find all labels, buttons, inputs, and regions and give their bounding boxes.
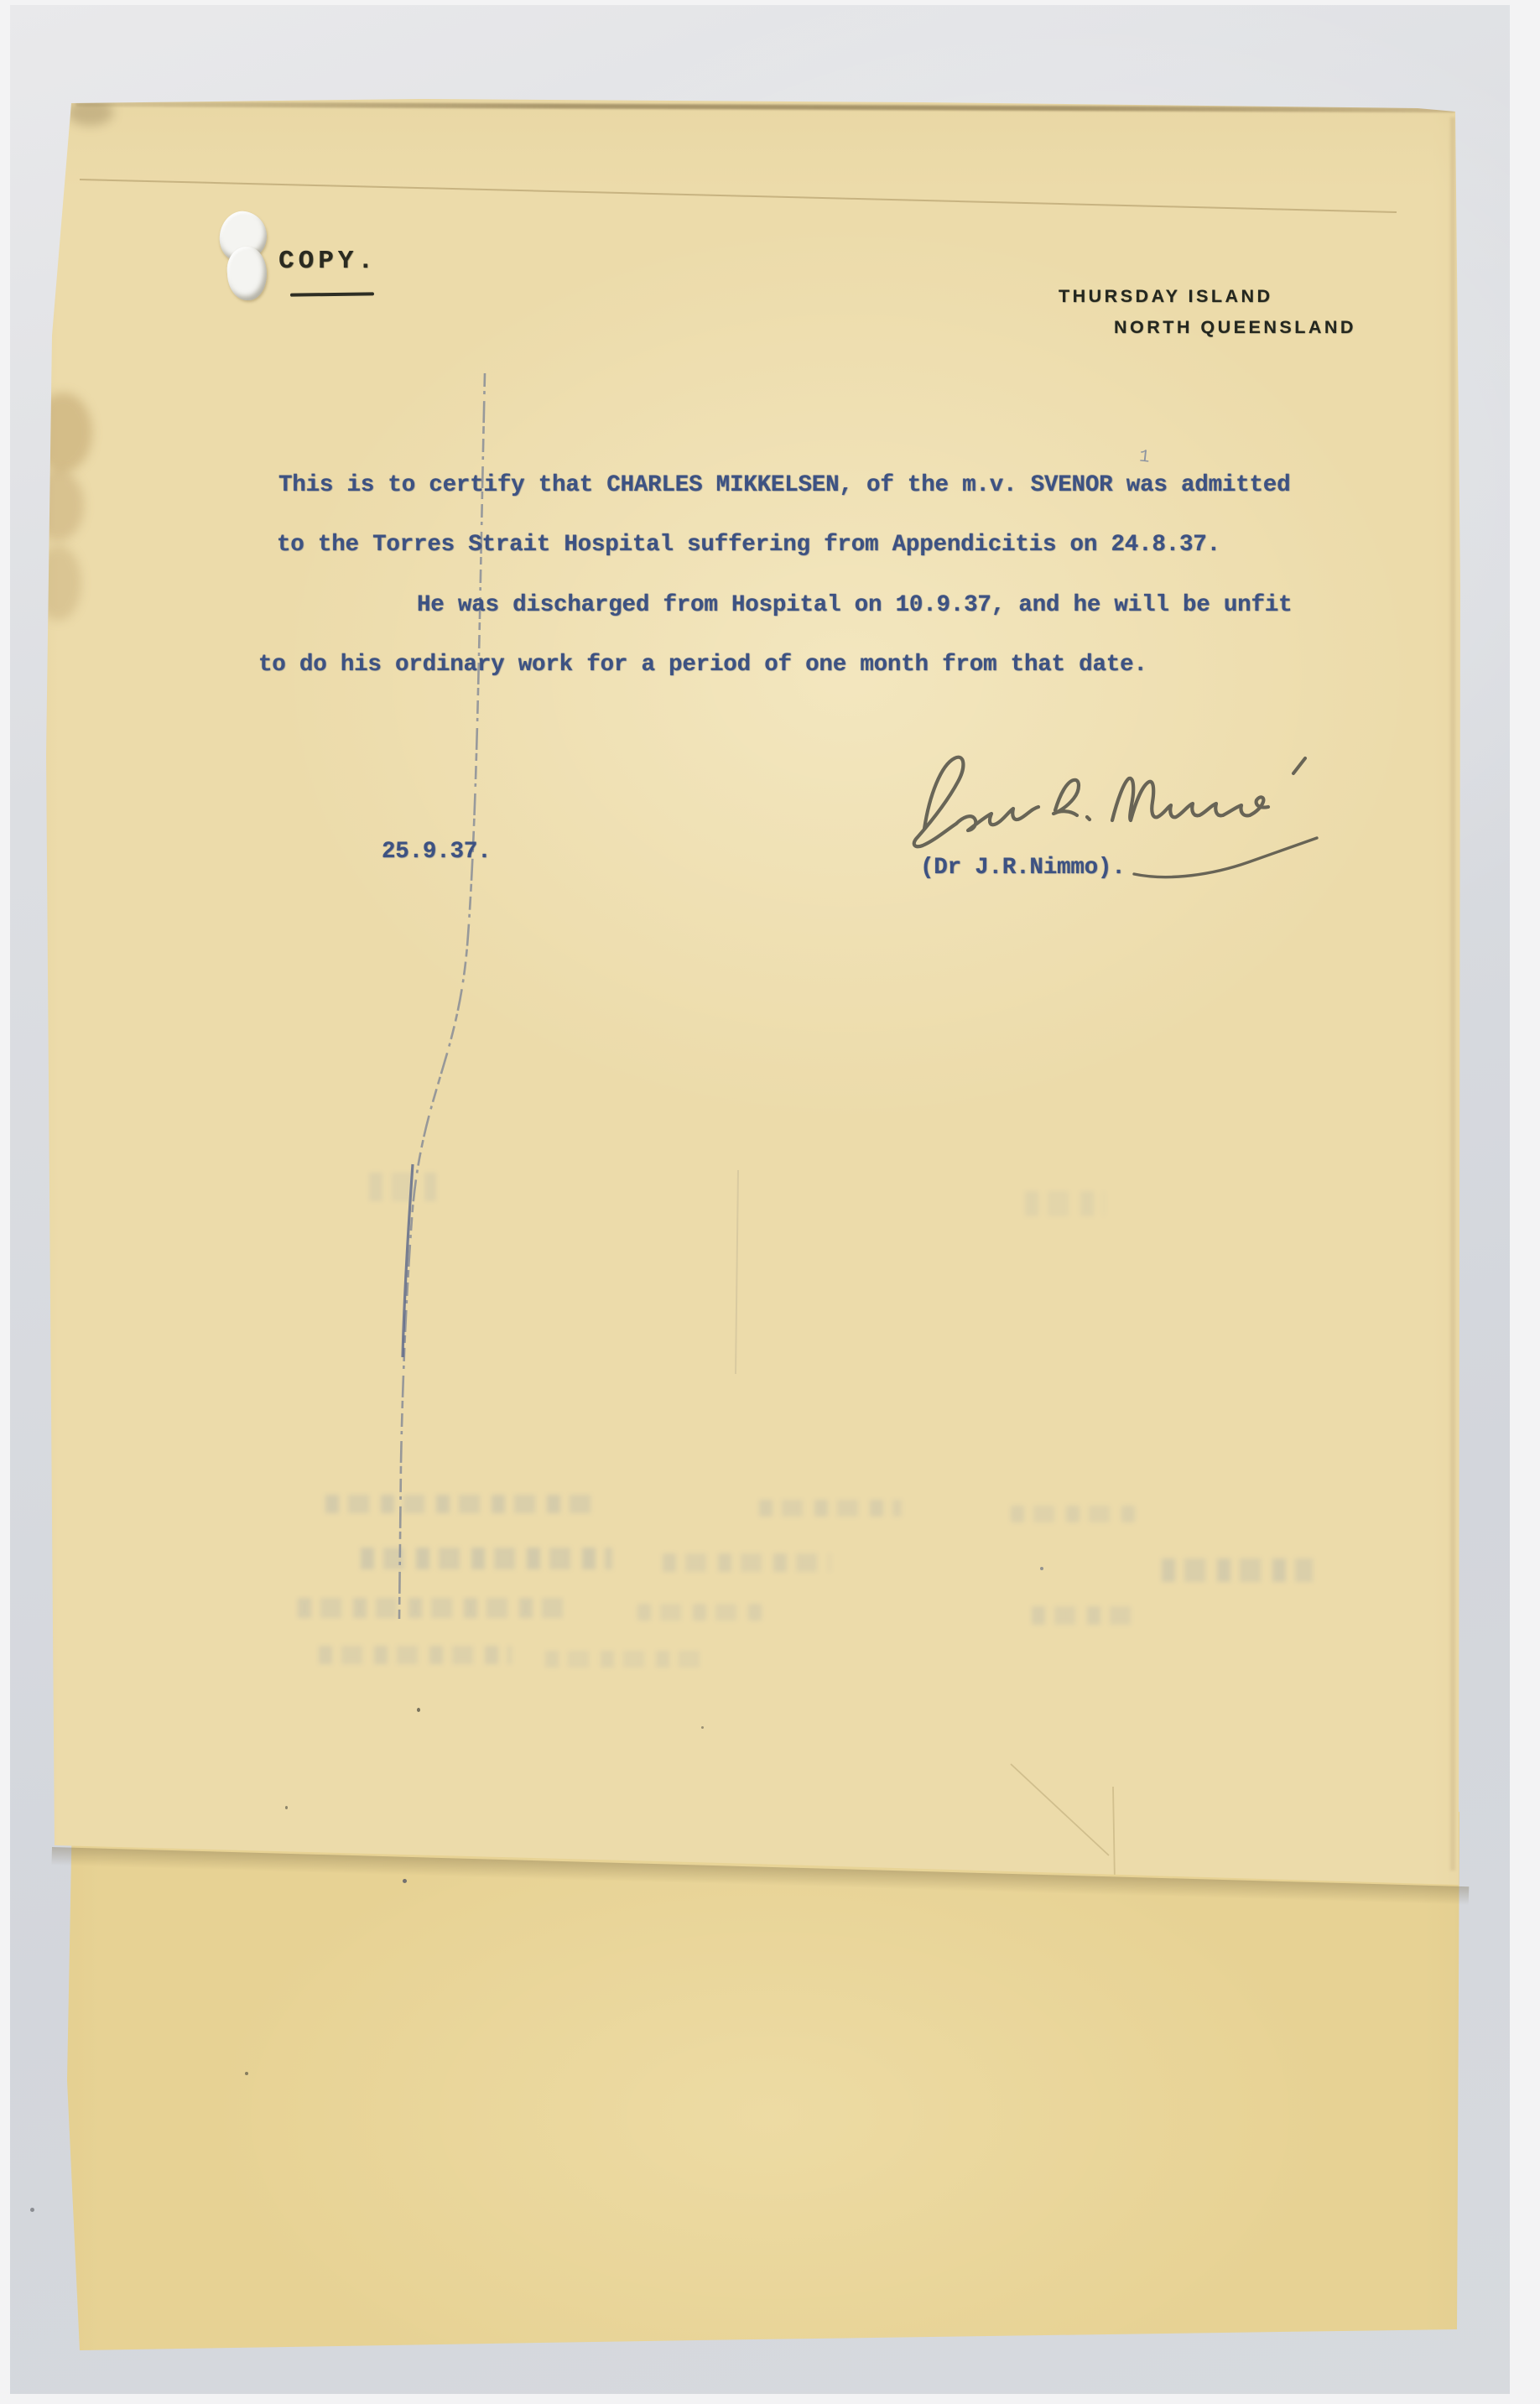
copy-underline — [290, 292, 374, 296]
paper-speck — [701, 1726, 704, 1729]
ghost-text-band — [298, 1598, 575, 1618]
copy-label: COPY. — [278, 247, 377, 276]
ink-speck — [1040, 1567, 1043, 1570]
ghost-text-band — [759, 1500, 902, 1517]
body-line-2: to the Torres Strait Hospital suffering … — [277, 532, 1220, 558]
typed-signatory-name: (Dr J.R.Nimmo). — [920, 855, 1126, 881]
body-line-3: He was discharged from Hospital on 10.9.… — [417, 592, 1292, 618]
paper-speck — [285, 1806, 288, 1809]
ghost-text-band — [1011, 1506, 1137, 1522]
fold-crease-line — [399, 373, 485, 1619]
paper-hole — [226, 245, 268, 301]
right-edge-grime — [1450, 117, 1455, 1871]
date: 25.9.37. — [382, 839, 491, 865]
letterhead-location: THURSDAY ISLAND — [1059, 286, 1273, 307]
signature-stroke-nimmo — [1112, 778, 1268, 820]
signature-stroke-john — [914, 757, 1038, 847]
letterhead-region: NORTH QUEENSLAND — [1114, 317, 1356, 338]
ghost-text-band — [319, 1646, 512, 1664]
body-line-1: This is to certify that CHARLES MIKKELSE… — [278, 472, 1290, 498]
signature-flourish — [1134, 838, 1317, 877]
paper-speck — [417, 1708, 420, 1712]
faint-crease — [736, 1170, 738, 1374]
signature-stroke-r — [1054, 780, 1090, 820]
ghost-text-band — [369, 1173, 436, 1201]
middle-sheet-edge — [1113, 1787, 1115, 1883]
body-line-4: to do his ordinary work for a period of … — [258, 652, 1147, 678]
ghost-text-band — [1162, 1558, 1313, 1582]
ghost-text-band — [361, 1548, 612, 1569]
undersheet-edge-line — [80, 180, 1397, 212]
diagonal-crease — [1011, 1764, 1109, 1855]
ghost-text-band — [325, 1495, 594, 1513]
signature-apostrophe — [1293, 758, 1305, 773]
scanned-document-page: { "document": { "copy_label": "COPY.", "… — [0, 0, 1540, 2404]
bed-speck — [30, 2208, 34, 2212]
ghost-text-band — [637, 1604, 763, 1621]
ghost-text-band — [663, 1553, 830, 1572]
ghost-text-band — [1025, 1191, 1105, 1216]
ghost-text-band — [1032, 1606, 1132, 1625]
paper-speck — [245, 2072, 248, 2075]
paper-speck — [403, 1879, 407, 1883]
ghost-text-band — [545, 1651, 705, 1668]
stray-typed-mark: 1 — [1138, 447, 1151, 467]
